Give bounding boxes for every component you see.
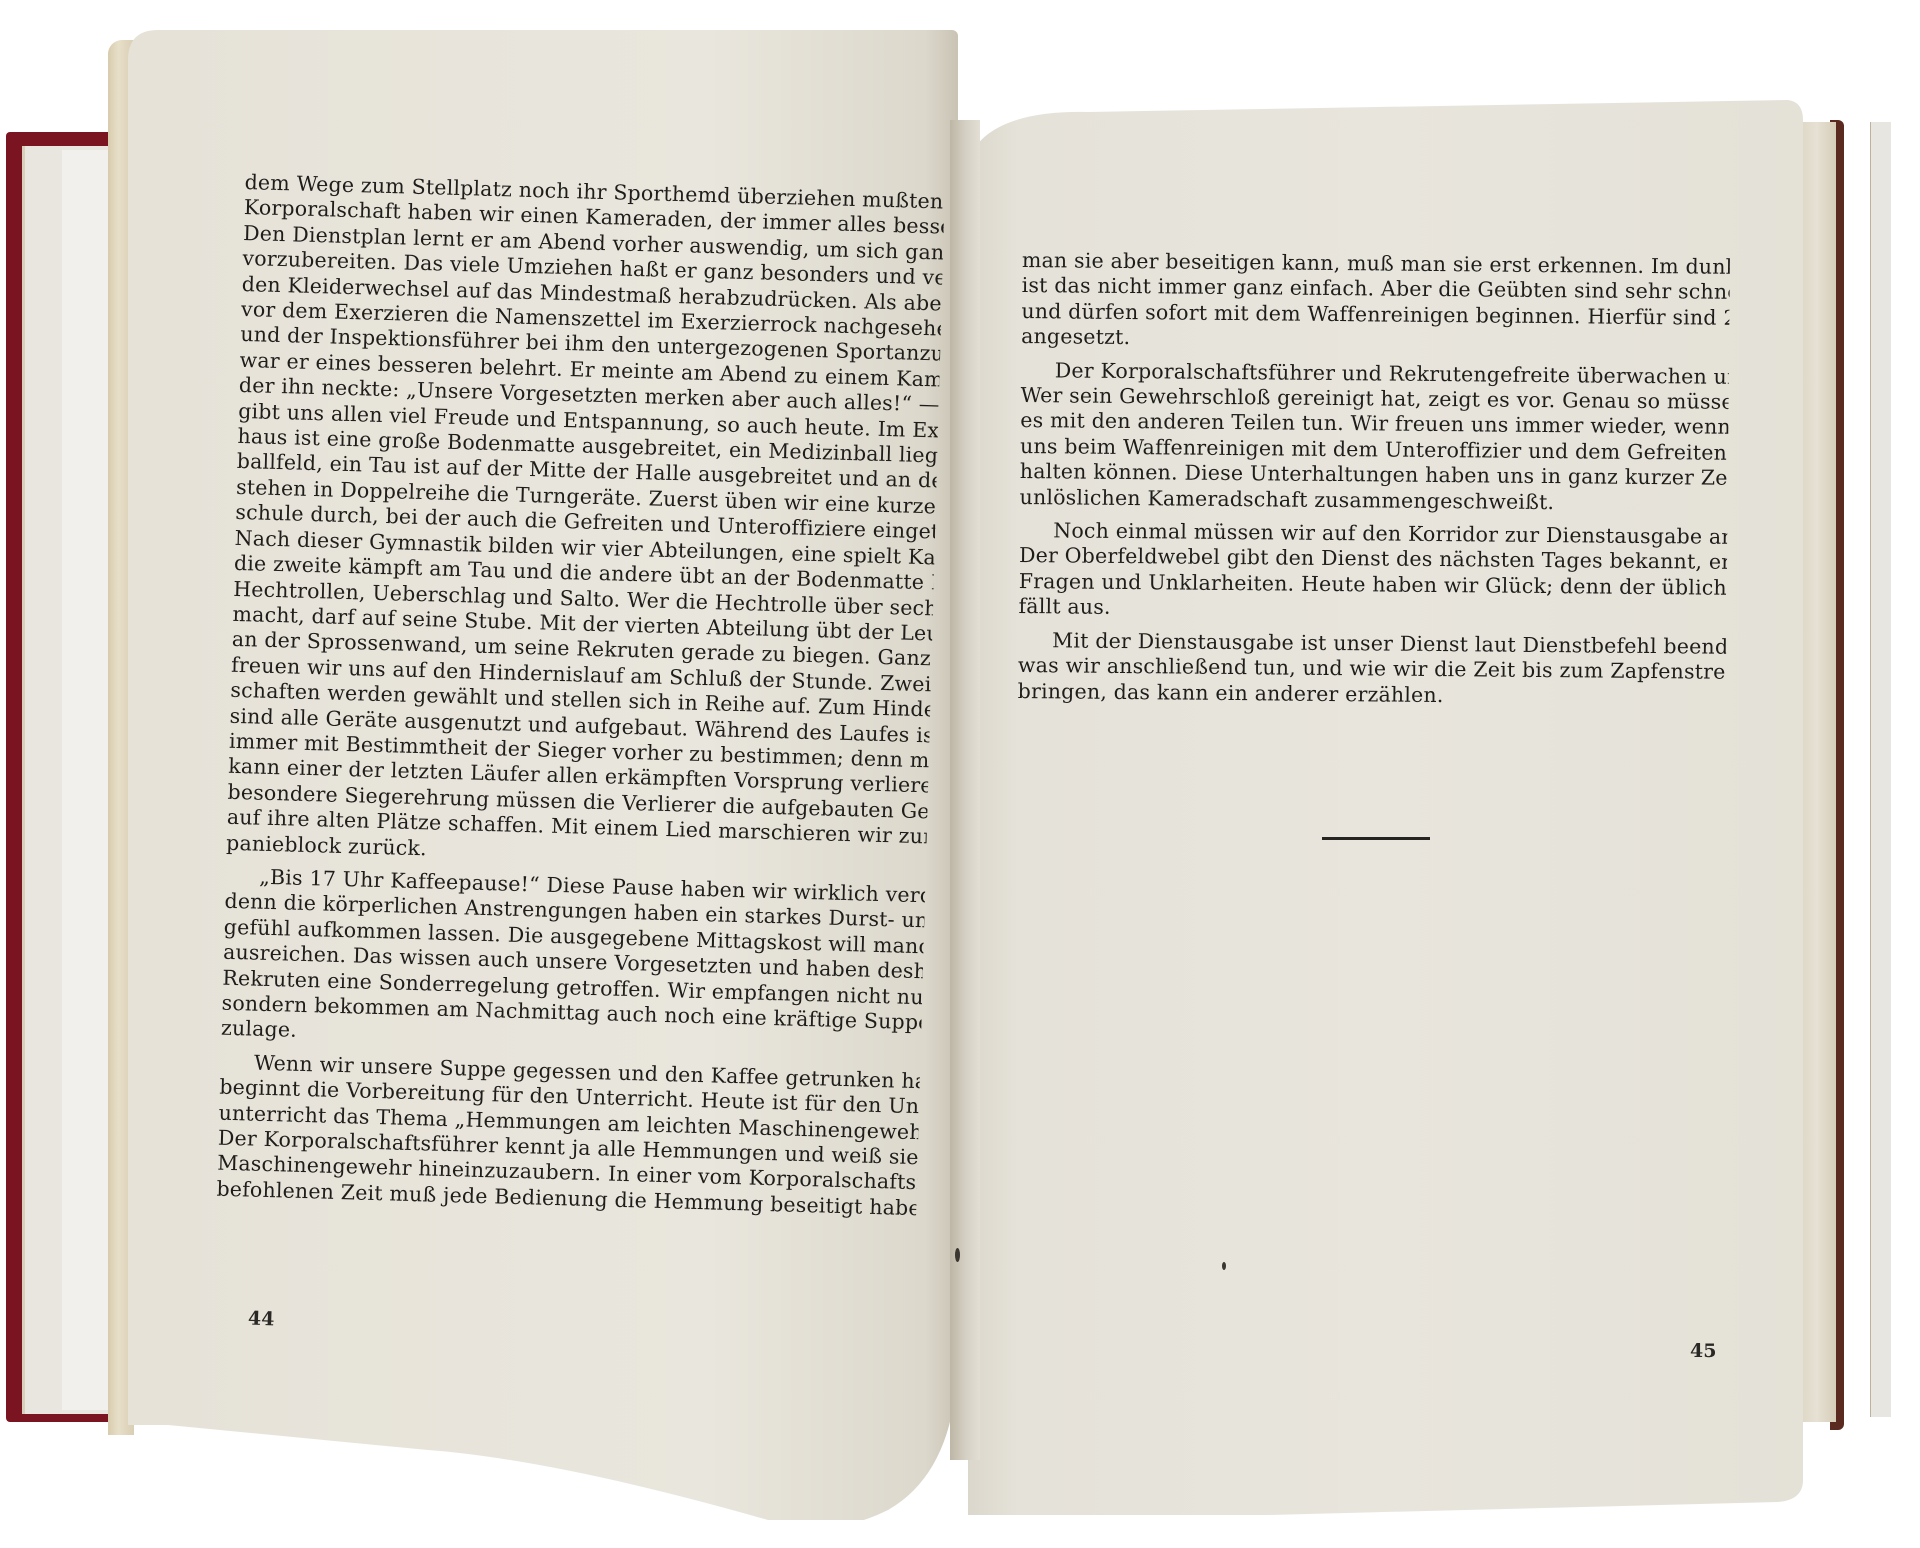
endpaper-right — [1870, 122, 1891, 1417]
ink-speck — [955, 1248, 960, 1262]
page-number-left: 44 — [248, 1308, 275, 1331]
left-page-text: dem Wege zum Stellplatz noch ihr Sporthe… — [216, 170, 945, 1221]
open-book-photo: dem Wege zum Stellplatz noch ihr Sporthe… — [0, 0, 1920, 1548]
right-page-text: man sie aber beseitigen kann, muß man si… — [1018, 248, 1730, 711]
page-number-right: 45 — [1690, 1340, 1716, 1362]
ink-speck — [1222, 1262, 1226, 1270]
section-end-rule — [1322, 837, 1430, 840]
